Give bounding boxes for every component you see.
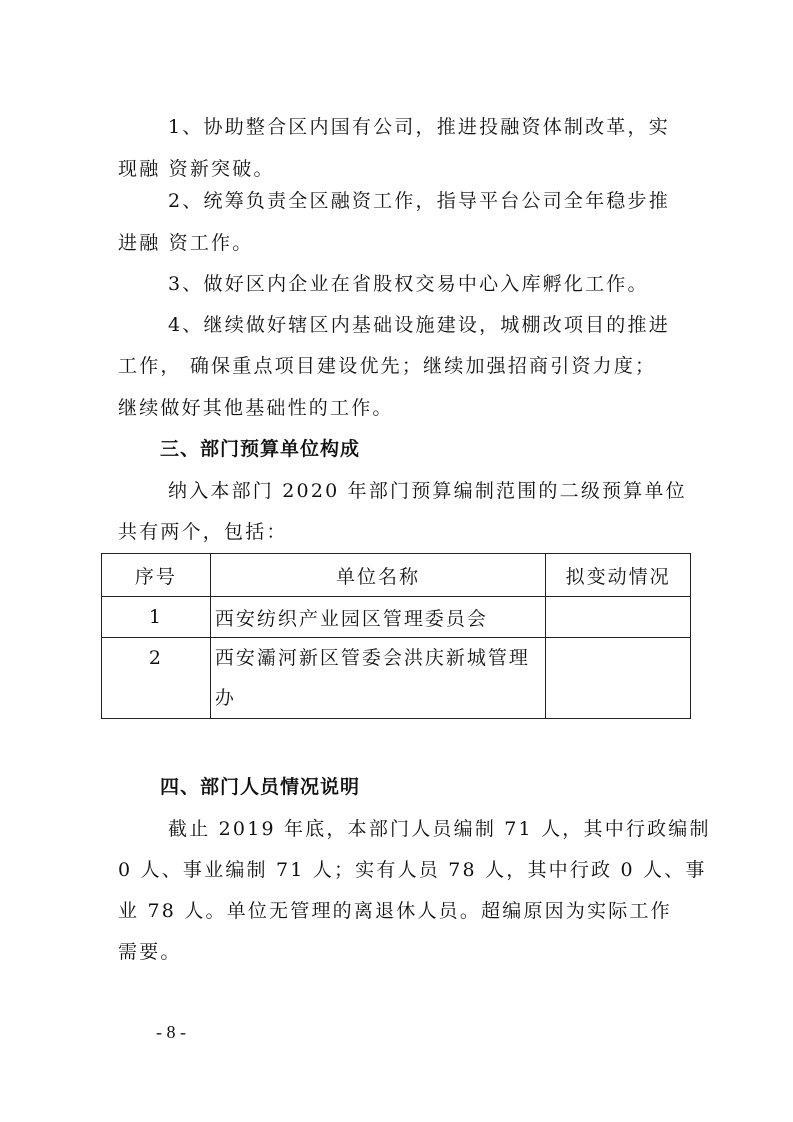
section-4-line-2: 0 人、事业编制 71 人；实有人员 78 人，其中行政 0 人、事 (118, 850, 678, 890)
header-unit-name: 单位名称 (210, 554, 545, 597)
header-change: 拟变动情况 (546, 554, 691, 597)
header-no: 序号 (102, 554, 211, 597)
item-2-line-1: 2、统筹负责全区融资工作，指导平台公司全年稳步推 (168, 181, 728, 221)
section-4-line-1: 截止 2019 年底，本部门人员编制 71 人，其中行政编制 (168, 809, 728, 849)
item-3-line-1: 3、做好区内企业在省股权交易中心入库孵化工作。 (168, 264, 728, 304)
row-2-name-line-2: 办 (215, 678, 541, 718)
item-1-line-1: 1、协助整合区内国有公司，推进投融资体制改革，实 (168, 107, 728, 147)
section-4-heading: 四、部门人员情况说明 (160, 767, 720, 807)
section-3-intro-line-1: 纳入本部门 2020 年部门预算编制范围的二级预算单位 (168, 471, 728, 511)
page-number: - 8 - (156, 1022, 186, 1043)
row-1-change (546, 597, 691, 638)
row-2-no: 2 (102, 638, 211, 719)
item-2-line-2: 进融 资工作。 (118, 223, 678, 263)
row-2-name-line-1: 西安灞河新区管委会洪庆新城管理 (215, 638, 541, 678)
budget-units-table: 序号 单位名称 拟变动情况 1 西安纺织产业园区管理委员会 2 西安灞河新区管委… (101, 553, 691, 719)
section-4-line-4: 需要。 (118, 932, 678, 972)
table-row: 1 西安纺织产业园区管理委员会 (102, 597, 691, 638)
item-4-line-1: 4、继续做好辖区内基础设施建设，城棚改项目的推进 (168, 305, 728, 345)
document-page: 1、协助整合区内国有公司，推进投融资体制改革，实 现融 资新突破。 2、统筹负责… (0, 0, 793, 1122)
section-3-heading: 三、部门预算单位构成 (160, 429, 720, 469)
row-1-name: 西安纺织产业园区管理委员会 (210, 597, 545, 638)
row-2-name: 西安灞河新区管委会洪庆新城管理 办 (210, 638, 545, 719)
item-4-line-3: 继续做好其他基础性的工作。 (118, 388, 678, 428)
section-4-line-3: 业 78 人。单位无管理的离退休人员。超编原因为实际工作 (118, 891, 678, 931)
section-3-intro-line-2: 共有两个，包括： (118, 512, 678, 552)
item-4-line-2: 工作， 确保重点项目建设优先；继续加强招商引资力度； (118, 346, 678, 386)
table-header-row: 序号 单位名称 拟变动情况 (102, 554, 691, 597)
row-2-change (546, 638, 691, 719)
table-row: 2 西安灞河新区管委会洪庆新城管理 办 (102, 638, 691, 719)
row-1-no: 1 (102, 597, 211, 638)
